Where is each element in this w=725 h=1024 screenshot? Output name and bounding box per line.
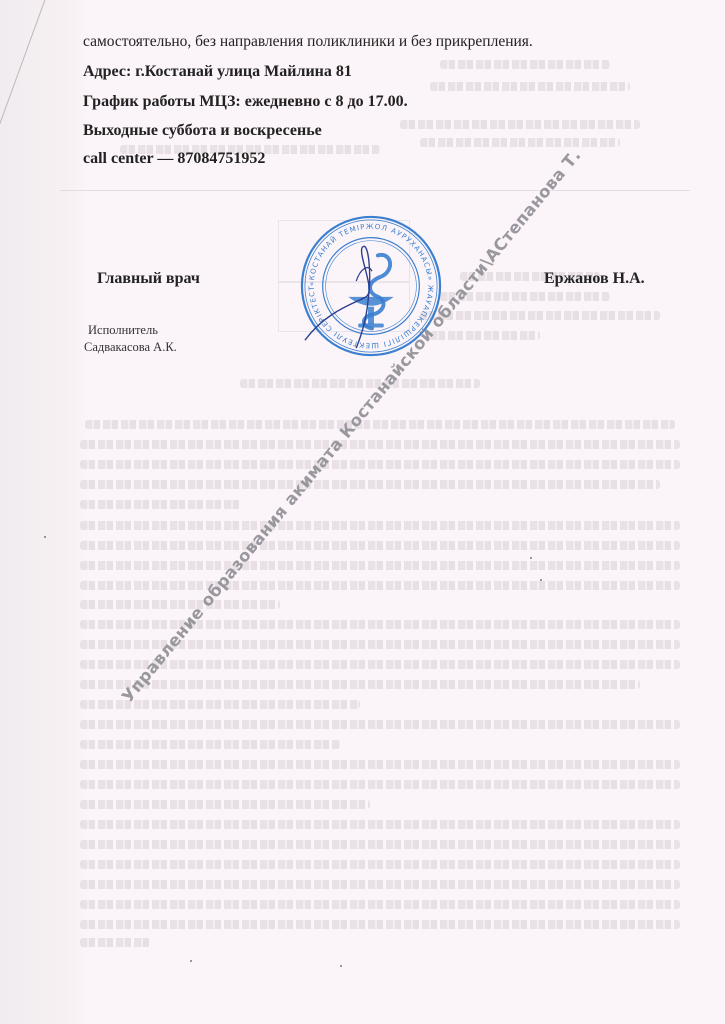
- scanned-page: самостоятельно, без направления поликлин…: [0, 0, 725, 1024]
- address-line: Адрес: г.Костанай улица Майлина 81: [83, 63, 352, 81]
- page-fold-shadow: [0, 0, 90, 1024]
- working-hours-line: График работы МЦЗ: ежедневно с 8 до 17.0…: [83, 93, 408, 111]
- days-off-line: Выходные суббота и воскресенье: [83, 122, 322, 140]
- signatory-name: Ержанов Н.А.: [544, 270, 645, 288]
- text-line-self-referral: самостоятельно, без направления поликлин…: [83, 33, 533, 51]
- executor-name: Садвакасова А.К.: [84, 340, 177, 355]
- signatory-title: Главный врач: [97, 270, 200, 288]
- call-center-line: call center — 87084751952: [83, 150, 265, 168]
- executor-label: Исполнитель: [88, 323, 158, 338]
